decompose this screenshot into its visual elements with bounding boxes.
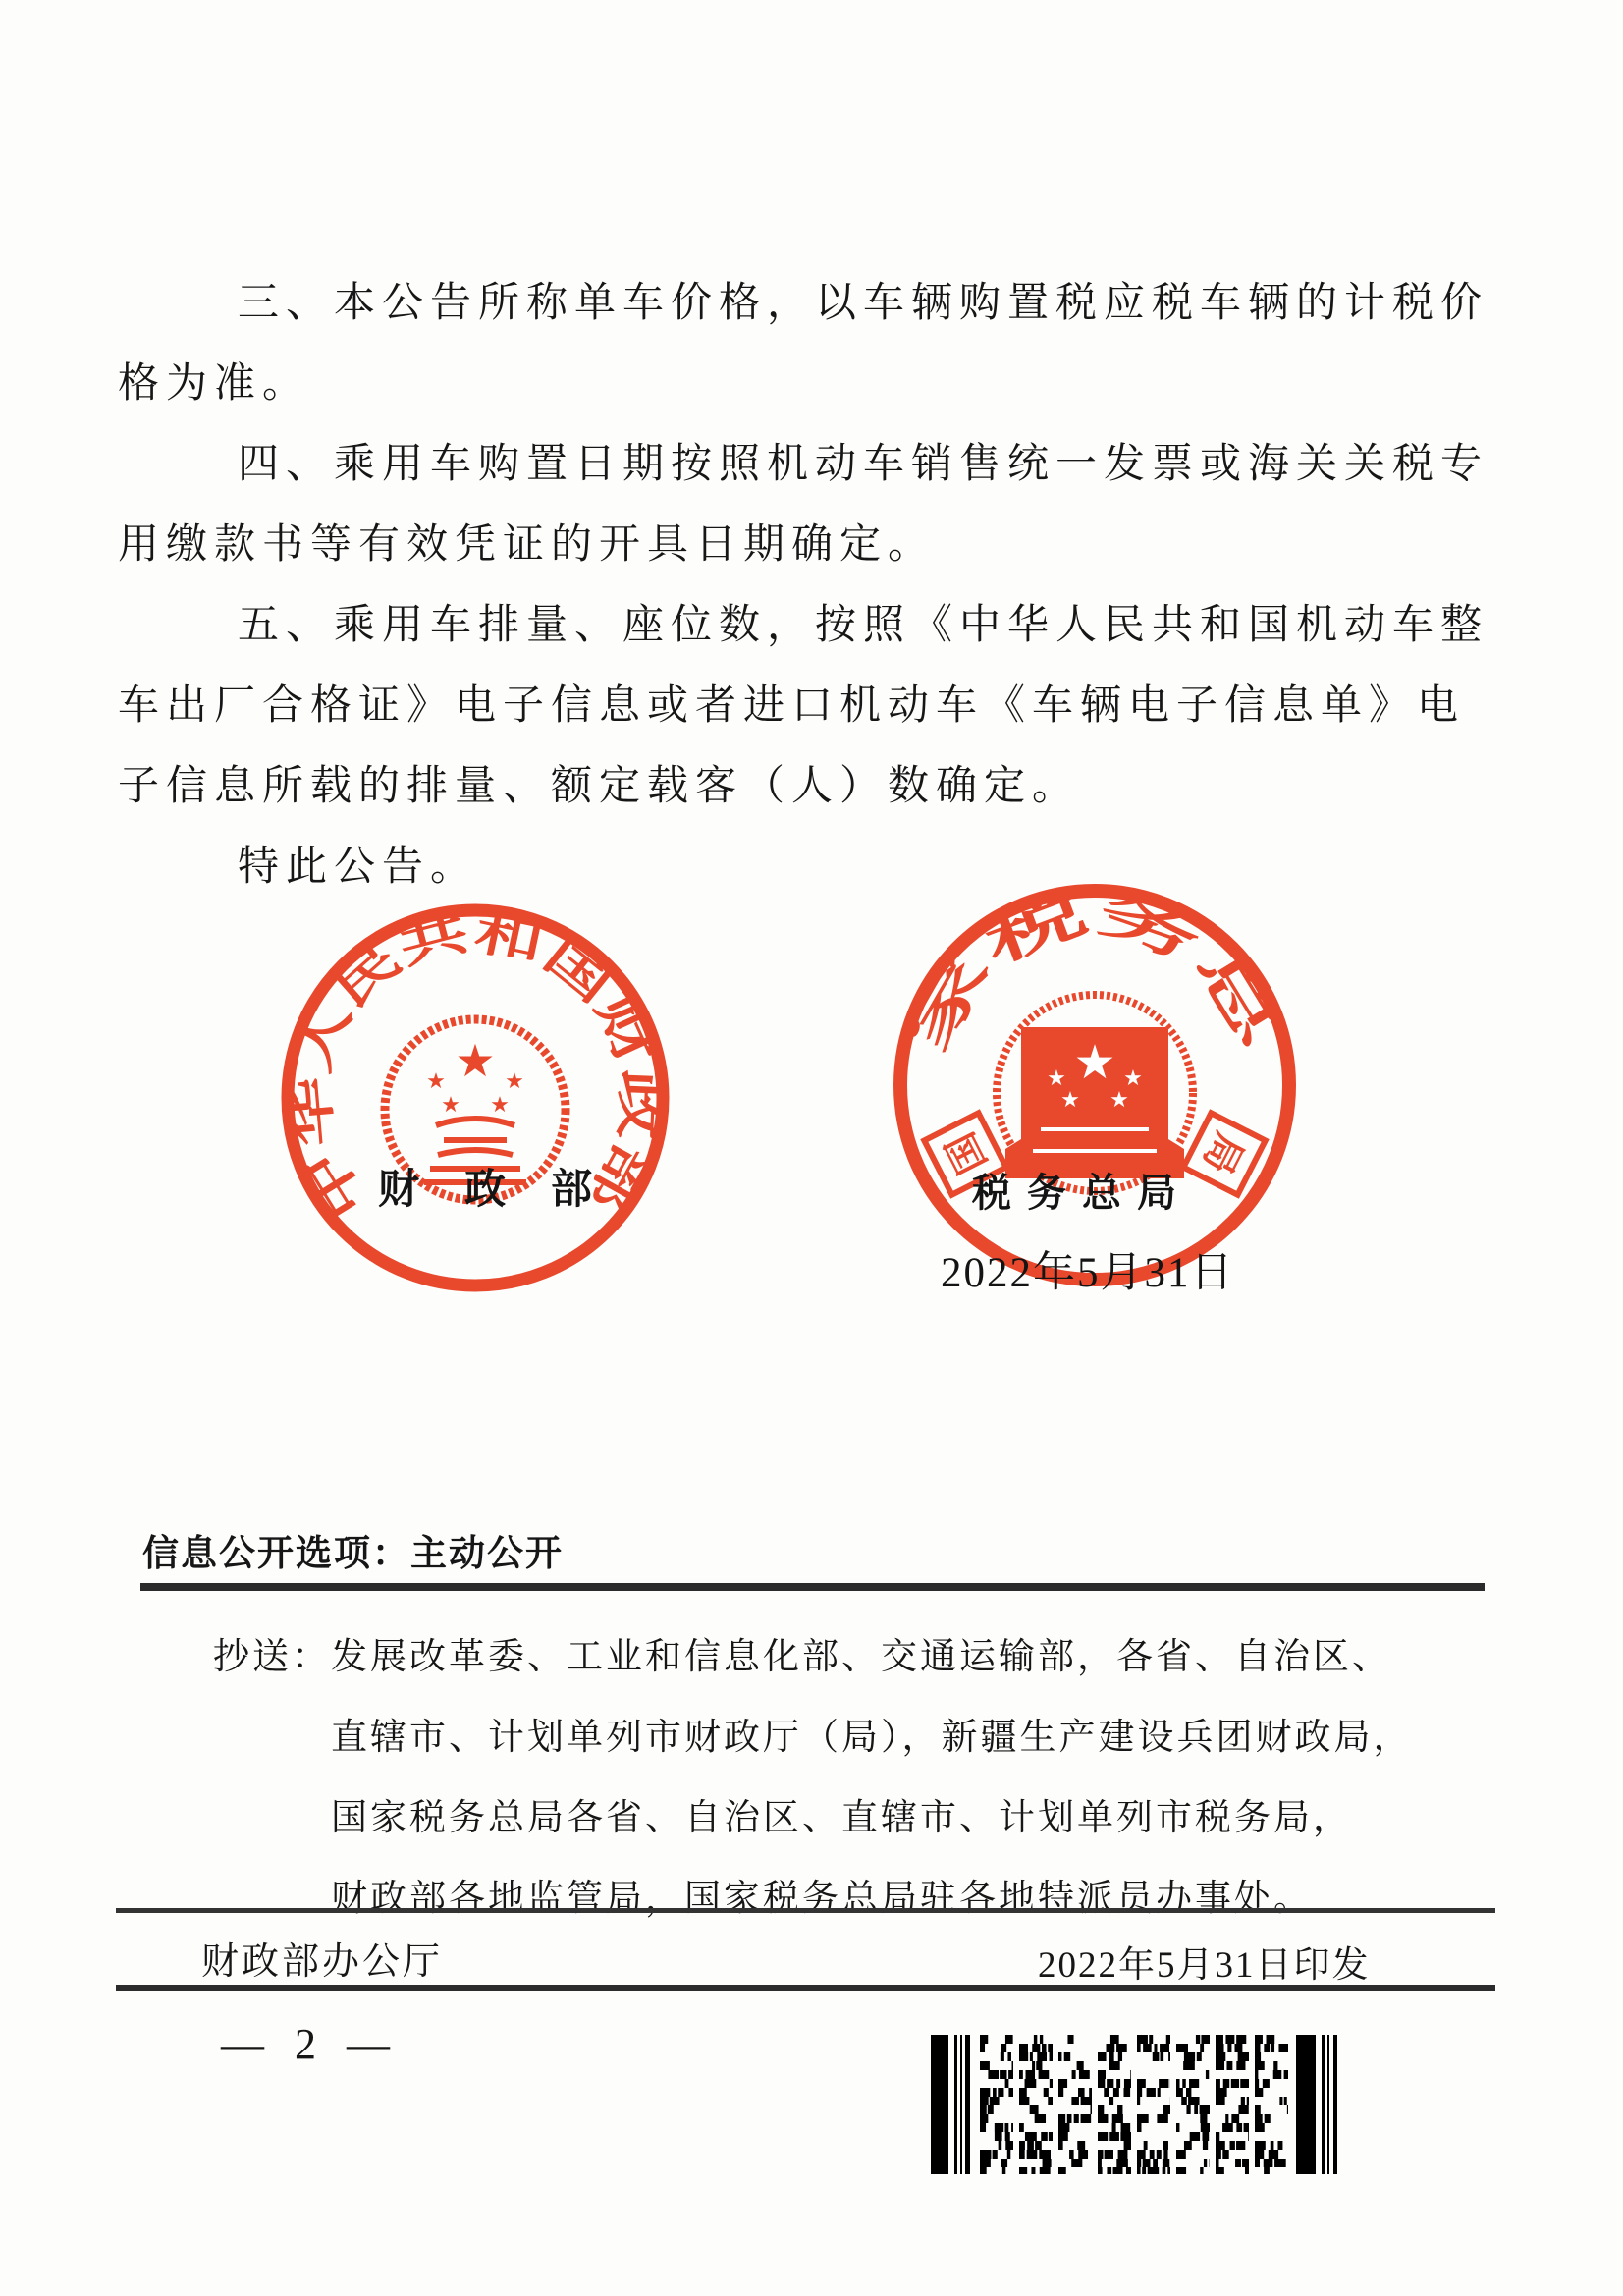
footer-issuer: 财政部办公厅 [201, 1931, 443, 1985]
cc-lines: 发展改革委、工业和信息化部、交通运输部，各省、自治区、 直辖市、计划单列市财政厅… [331, 1617, 1413, 1940]
cc-line: 发展改革委、工业和信息化部、交通运输部，各省、自治区、 [331, 1617, 1413, 1698]
svg-text:★: ★ [505, 1069, 524, 1094]
body-line: 格为准。 [118, 344, 1512, 424]
svg-text:★: ★ [490, 1093, 510, 1118]
svg-text:★: ★ [455, 1034, 495, 1087]
body-closing-line: 特此公告。 [118, 827, 1512, 907]
disclosure-line: 信息公开选项：主动公开 [142, 1523, 564, 1576]
footer-print-date: 2022年5月31日印发 [1038, 1935, 1371, 1988]
finance-seal-inline-text: 财政部 [378, 1157, 637, 1216]
body-line: 三、本公告所称单车价格，以车辆购置税应税车辆的计税价 [118, 263, 1512, 344]
svg-text:★: ★ [441, 1093, 460, 1118]
barcode [931, 2035, 1337, 2174]
body-line: 车出厂合格证》电子信息或者进口机动车《车辆电子信息单》电 [118, 666, 1512, 746]
body-line: 用缴款书等有效凭证的开具日期确定。 [118, 505, 1512, 585]
seal-date: 2022年5月31日 [941, 1239, 1235, 1299]
svg-text:★: ★ [1060, 1088, 1080, 1113]
cc-line: 财政部各地监管局，国家税务总局驻各地特派员办事处。 [331, 1859, 1413, 1940]
cc-line: 直辖市、计划单列市财政厅（局），新疆生产建设兵团财政局， [331, 1698, 1413, 1778]
svg-text:★: ★ [1073, 1035, 1115, 1090]
page-number: — 2 — [221, 2019, 400, 2069]
svg-text:★: ★ [1109, 1088, 1129, 1113]
body-line: 五、乘用车排量、座位数，按照《中华人民共和国机动车整 [118, 585, 1512, 666]
divider-footer-bottom [116, 1985, 1495, 1991]
finance-seal-graphic: 中华人民共和国财政部 ★ ★ ★ ★ ★ [279, 902, 672, 1294]
cc-label: 抄送： [213, 1617, 331, 1698]
tax-seal-square-right: 局 [1183, 1113, 1265, 1194]
disclosure-label: 信息公开选项： [142, 1534, 410, 1574]
ministry-of-finance-seal: 中华人民共和国财政部 ★ ★ ★ ★ ★ [279, 902, 672, 1294]
announcement-body: 三、本公告所称单车价格，以车辆购置税应税车辆的计税价 格为准。 四、乘用车购置日… [118, 263, 1512, 907]
divider-footer-top [116, 1908, 1495, 1913]
divider-thick [140, 1583, 1485, 1591]
disclosure-value: 主动公开 [410, 1534, 564, 1574]
body-line: 四、乘用车购置日期按照机动车销售统一发票或海关关税专 [118, 424, 1512, 505]
svg-text:★: ★ [426, 1069, 446, 1094]
cc-line: 国家税务总局各省、自治区、直辖市、计划单列市税务局， [331, 1778, 1413, 1859]
tax-seal-graphic: 家税务总 国 局 ★ ★ ★ ★ ★ [892, 882, 1298, 1288]
body-line: 子信息所载的排量、额定载客（人）数确定。 [118, 746, 1512, 827]
cc-block: 抄送： 发展改革委、工业和信息化部、交通运输部，各省、自治区、 直辖市、计划单列… [213, 1617, 1413, 1940]
tax-seal-inline-text: 税务总局 [972, 1162, 1192, 1218]
state-taxation-administration-seal: 家税务总 国 局 ★ ★ ★ ★ ★ [892, 882, 1298, 1288]
document-page: 三、本公告所称单车价格，以车辆购置税应税车辆的计税价 格为准。 四、乘用车购置日… [0, 0, 1623, 2296]
